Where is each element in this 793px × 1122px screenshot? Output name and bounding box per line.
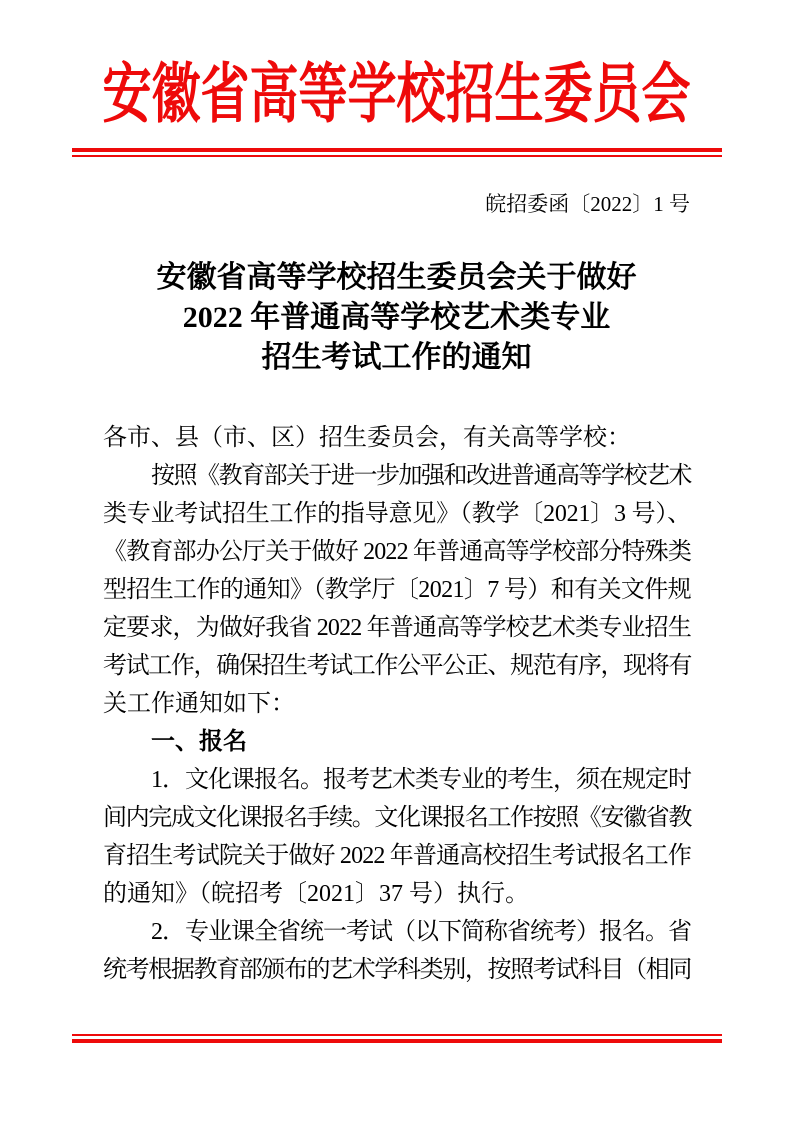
letterhead-org-name-text: 安徽省高等学校招生委员会: [102, 62, 690, 127]
letterhead-org-name: 安徽省高等学校招生委员会: [0, 62, 793, 111]
body-line: 《教育部办公厅关于做好 2022 年普通高等学校部分特殊类: [103, 533, 691, 571]
body-line: 间内完成文化课报名手续。文化课报名工作按照《安徽省教: [103, 799, 691, 837]
body-line: 统考根据教育部颁布的艺术学科类别，按照考试科目（相同: [103, 951, 691, 989]
body-line: 育招生考试院关于做好 2022 年普通高校招生考试报名工作: [103, 837, 691, 875]
doc-reference-number: 皖招委函〔2022〕1 号: [485, 191, 690, 217]
document-title-line-1: 安徽省高等学校招生委员会关于做好: [0, 258, 793, 298]
body-line: 的通知》（皖招考〔2021〕37 号）执行。: [103, 875, 691, 913]
body-line-text: 育招生考试院关于做好 2022 年普通高校招生考试报名工作: [103, 843, 691, 869]
document-title-line-2: 2022 年普通高等学校艺术类专业: [0, 298, 793, 338]
body-line: 定要求，为做好我省 2022 年普通高等学校艺术类专业招生: [103, 609, 691, 647]
document-page: 安徽省高等学校招生委员会 皖招委函〔2022〕1 号 安徽省高等学校招生委员会关…: [0, 0, 793, 1122]
body-line-text: 一、报名: [151, 728, 247, 755]
body-line: 2．专业课全省统一考试（以下简称省统考）报名。省: [103, 913, 691, 951]
body-line: 1．文化课报名。报考艺术类专业的考生，须在规定时: [103, 761, 691, 799]
body-line: 型招生工作的通知》（教学厅〔2021〕7 号）和有关文件规: [103, 571, 691, 609]
body-line-text: 1．文化课报名。报考艺术类专业的考生，须在规定时: [151, 767, 691, 793]
body-line-text: 按照《教育部关于进一步加强和改进普通高等学校艺术: [151, 463, 691, 489]
body-line-text: 关工作通知如下：: [103, 691, 295, 717]
body-line-text: 型招生工作的通知》（教学厅〔2021〕7 号）和有关文件规: [103, 577, 691, 603]
section-heading: 一、报名: [103, 723, 691, 761]
body-line-text: 间内完成文化课报名手续。文化课报名工作按照《安徽省教: [103, 805, 691, 831]
footer-divider-rule: [72, 1034, 722, 1043]
document-title-line-3: 招生考试工作的通知: [0, 338, 793, 378]
document-title: 安徽省高等学校招生委员会关于做好 2022 年普通高等学校艺术类专业 招生考试工…: [0, 258, 793, 378]
body-line: 按照《教育部关于进一步加强和改进普通高等学校艺术: [103, 457, 691, 495]
document-body: 各市、县（市、区）招生委员会，有关高等学校：按照《教育部关于进一步加强和改进普通…: [103, 419, 691, 989]
body-line-text: 《教育部办公厅关于做好 2022 年普通高等学校部分特殊类: [103, 539, 691, 565]
body-line-text: 考试工作，确保招生考试工作公平公正、规范有序，现将有: [103, 653, 691, 679]
body-line: 各市、县（市、区）招生委员会，有关高等学校：: [103, 419, 691, 457]
letterhead-divider-rule: [72, 148, 722, 157]
body-line: 关工作通知如下：: [103, 685, 691, 723]
body-line-text: 2．专业课全省统一考试（以下简称省统考）报名。省: [151, 919, 691, 945]
body-line-text: 的通知》（皖招考〔2021〕37 号）执行。: [103, 881, 529, 907]
body-line: 考试工作，确保招生考试工作公平公正、规范有序，现将有: [103, 647, 691, 685]
body-line-text: 定要求，为做好我省 2022 年普通高等学校艺术类专业招生: [103, 615, 691, 641]
body-line-text: 类专业考试招生工作的指导意见》（教学〔2021〕3 号）、: [103, 501, 691, 527]
body-line-text: 统考根据教育部颁布的艺术学科类别，按照考试科目（相同: [103, 957, 691, 983]
body-line-text: 各市、县（市、区）招生委员会，有关高等学校：: [103, 425, 631, 451]
body-line: 类专业考试招生工作的指导意见》（教学〔2021〕3 号）、: [103, 495, 691, 533]
